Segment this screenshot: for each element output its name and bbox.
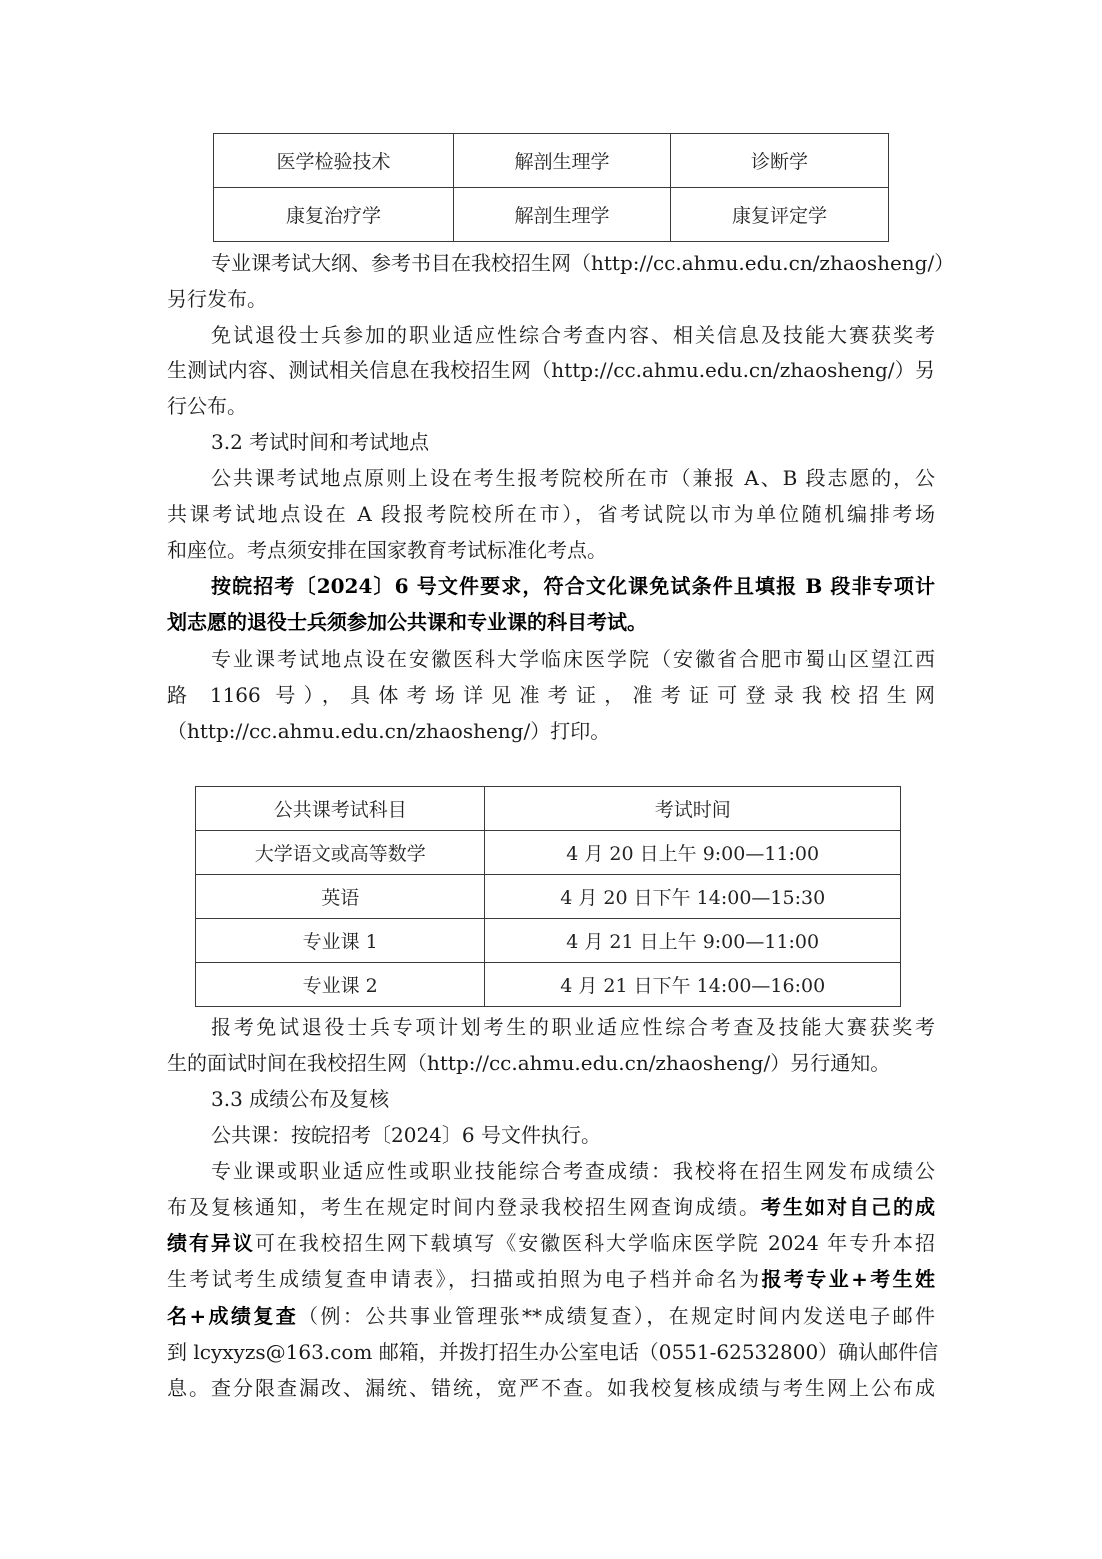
table-header-cell: 考试时间 [485,787,901,831]
table-cell: 4 月 20 日上午 9:00—11:00 [485,831,901,875]
table-cell: 英语 [196,875,485,919]
majors-subjects-table: 医学检验技术 解剖生理学 诊断学 康复治疗学 解剖生理学 康复评定学 [213,133,889,242]
text-normal: 可在我校招生网下载填写《安徽医科大学临床医学院 2024 年专升本招 [255,1231,935,1255]
paragraph-syllabus-line: 另行发布。 [167,281,935,317]
text-bold: 绩有异议 [167,1231,255,1255]
table-row: 康复治疗学 解剖生理学 康复评定学 [214,188,889,242]
paragraph-interview-time-line: 报考免试退役士兵专项计划考生的职业适应性综合考查及技能大赛获奖考 [211,1009,935,1045]
paragraph-bold-requirement-line: 按皖招考〔2024〕6 号文件要求，符合文化课免试条件且填报 B 段非专项计 [211,568,935,604]
table-cell: 诊断学 [671,134,889,188]
section-heading-3-3: 3.3 成绩公布及复核 [211,1081,935,1117]
text-normal: 生考试考生成绩复查申请表》，扫描或拍照为电子档并命名为 [167,1267,762,1291]
table-cell: 康复评定学 [671,188,889,242]
paragraph-major-location-line: （http://cc.ahmu.edu.cn/zhaosheng/）打印。 [167,713,935,749]
section-heading-3-2: 3.2 考试时间和考试地点 [211,424,935,460]
table-header-row: 公共课考试科目 考试时间 [196,787,901,831]
table-header-cell: 公共课考试科目 [196,787,485,831]
table-row: 专业课 2 4 月 21 日下午 14:00—16:00 [196,963,901,1007]
paragraph-exam-location-line: 和座位。考点须安排在国家教育考试标准化考点。 [167,532,935,568]
paragraph-score-review-line: 专业课或职业适应性或职业技能综合考查成绩：我校将在招生网发布成绩公 [211,1153,935,1189]
table-cell: 4 月 20 日下午 14:00—15:30 [485,875,901,919]
paragraph-exam-location-line: 共课考试地点设在 A 段报考院校所在市），省考试院以市为单位随机编排考场 [167,496,935,532]
table-cell: 医学检验技术 [214,134,454,188]
paragraph-exam-location-line: 公共课考试地点原则上设在考生报考院校所在市（兼报 A、B 段志愿的，公 [211,460,935,496]
exam-schedule-table: 公共课考试科目 考试时间 大学语文或高等数学 4 月 20 日上午 9:00—1… [195,786,901,1007]
table-row: 医学检验技术 解剖生理学 诊断学 [214,134,889,188]
paragraph-major-location-line: 路 1166 号），具体考场详见准考证，准考证可登录我校招生网 [167,677,935,713]
table-cell: 4 月 21 日上午 9:00—11:00 [485,919,901,963]
table-row: 专业课 1 4 月 21 日上午 9:00—11:00 [196,919,901,963]
document-page: 医学检验技术 解剖生理学 诊断学 康复治疗学 解剖生理学 康复评定学 专业课考试… [0,0,1102,1559]
text-bold: 报考专业+考生姓 [762,1267,935,1291]
paragraph-veterans-line: 免试退役士兵参加的职业适应性综合考查内容、相关信息及技能大赛获奖考 [211,317,935,353]
paragraph-veterans-line: 行公布。 [167,388,935,424]
table-cell: 专业课 2 [196,963,485,1007]
paragraph-score-review-line: 布及复核通知，考生在规定时间内登录我校招生网查询成绩。考生如对自己的成 [167,1189,935,1225]
table-cell: 康复治疗学 [214,188,454,242]
paragraph-major-location-line: 专业课考试地点设在安徽医科大学临床医学院（安徽省合肥市蜀山区望江西 [211,641,935,677]
paragraph-interview-time-line: 生的面试时间在我校招生网（http://cc.ahmu.edu.cn/zhaos… [167,1045,935,1081]
paragraph-score-review-line: 息。查分限查漏改、漏统、错统，宽严不查。如我校复核成绩与考生网上公布成 [167,1370,935,1406]
table-row: 大学语文或高等数学 4 月 20 日上午 9:00—11:00 [196,831,901,875]
paragraph-score-review-line: 绩有异议可在我校招生网下载填写《安徽医科大学临床医学院 2024 年专升本招 [167,1225,935,1261]
paragraph-veterans-line: 生测试内容、测试相关信息在我校招生网（http://cc.ahmu.edu.cn… [167,352,935,388]
paragraph-score-review-line: 名+成绩复查（例：公共事业管理张**成绩复查），在规定时间内发送电子邮件 [167,1298,935,1334]
paragraph-score-review-line: 生考试考生成绩复查申请表》，扫描或拍照为电子档并命名为报考专业+考生姓 [167,1261,935,1297]
text-normal: 布及复核通知，考生在规定时间内登录我校招生网查询成绩。 [167,1195,761,1219]
paragraph-score-review-line: 到 lcyxyzs@163.com 邮箱，并拨打招生办公室电话（0551-625… [167,1334,935,1370]
table-cell: 专业课 1 [196,919,485,963]
table-cell: 4 月 21 日下午 14:00—16:00 [485,963,901,1007]
table-cell: 大学语文或高等数学 [196,831,485,875]
text-normal: （例：公共事业管理张**成绩复查），在规定时间内发送电子邮件 [298,1304,935,1328]
text-bold: 考生如对自己的成 [761,1195,935,1219]
table-row: 英语 4 月 20 日下午 14:00—15:30 [196,875,901,919]
paragraph-syllabus-line: 专业课考试大纲、参考书目在我校招生网（http://cc.ahmu.edu.cn… [211,245,935,281]
paragraph-public-course-line: 公共课：按皖招考〔2024〕6 号文件执行。 [211,1117,935,1153]
text-bold: 名+成绩复查 [167,1304,298,1328]
paragraph-bold-requirement-line: 划志愿的退役士兵须参加公共课和专业课的科目考试。 [167,604,935,640]
table-cell: 解剖生理学 [454,134,671,188]
table-cell: 解剖生理学 [454,188,671,242]
